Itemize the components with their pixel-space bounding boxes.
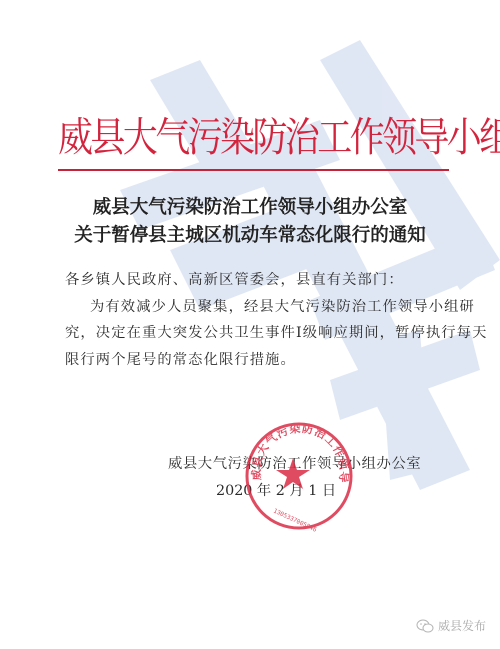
paragraph-line: 限行两个尾号的常态化限行措施。 xyxy=(65,349,296,369)
paragraph-line: 究，决定在重大突发公共卫生事件Ⅰ级响应期间，暂停执行每天 xyxy=(65,322,487,342)
official-seal-icon: 威县大气污染防治工作领导小组办公室 1305337005846 xyxy=(243,420,355,532)
document-title-line2: 关于暂停县主城区机动车常态化限行的通知 xyxy=(0,221,500,247)
footer-brand-label: 威县发布 xyxy=(438,617,486,634)
letterhead-divider xyxy=(58,169,449,171)
salutation: 各乡镇人民政府、高新区管委会，县直有关部门： xyxy=(65,269,404,289)
footer-brand: 威县发布 xyxy=(416,617,486,634)
letterhead-title: 威县大气污染防治工作领导小组办公室 xyxy=(58,106,458,164)
paragraph-line: 为有效减少人员聚集，经县大气污染防治工作领导小组研 xyxy=(90,296,475,316)
wechat-icon xyxy=(416,619,434,633)
document-title-line1: 威县大气污染防治工作领导小组办公室 xyxy=(0,193,500,219)
